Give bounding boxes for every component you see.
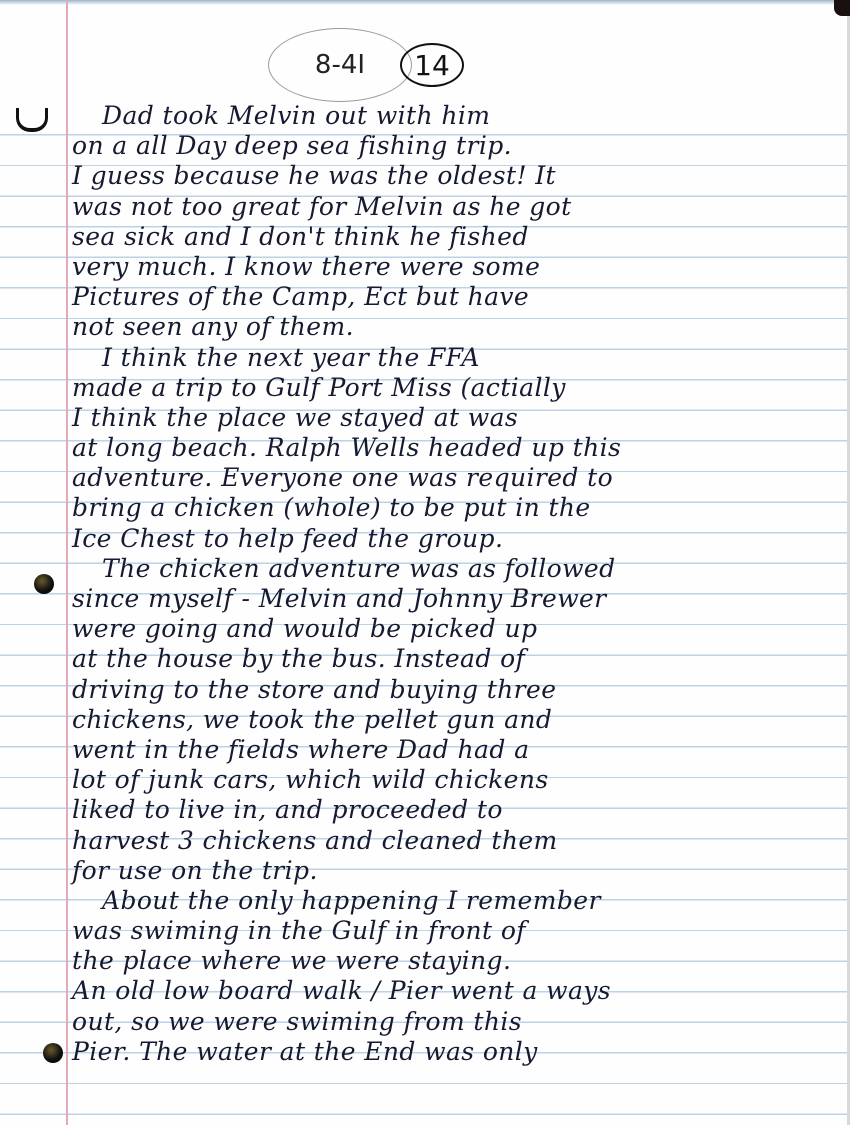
- corner-ink-mark: [834, 0, 850, 16]
- binder-hole-icon: [34, 574, 54, 594]
- check-mark-icon: [16, 108, 48, 132]
- text-line: Dad took Melvin out with him: [72, 101, 842, 131]
- text-line: I guess because he was the oldest! It: [72, 161, 842, 191]
- text-line: were going and would be picked up: [72, 614, 842, 644]
- text-line: Pictures of the Camp, Ect but have: [72, 282, 842, 312]
- page-number-text: 14: [414, 49, 450, 82]
- text-line: for use on the trip.: [72, 856, 842, 886]
- header-code-text: 8-4I: [315, 50, 365, 80]
- text-line: at long beach. Ralph Wells headed up thi…: [72, 433, 842, 463]
- text-line: lot of junk cars, which wild chickens: [72, 765, 842, 795]
- binder-hole-icon: [43, 1043, 63, 1063]
- text-line: driving to the store and buying three: [72, 675, 842, 705]
- text-line: sea sick and I don't think he fished: [72, 222, 842, 252]
- text-line: was swiming in the Gulf in front of: [72, 916, 842, 946]
- header-code: 8-4I: [268, 28, 412, 102]
- text-line: at the house by the bus. Instead of: [72, 644, 842, 674]
- margin-line: [66, 0, 68, 1125]
- text-line: Pier. The water at the End was only: [72, 1037, 842, 1067]
- text-line: adventure. Everyone one was required to: [72, 463, 842, 493]
- text-line: went in the fields where Dad had a: [72, 735, 842, 765]
- text-line: made a trip to Gulf Port Miss (actially: [72, 373, 842, 403]
- text-line: An old low board walk / Pier went a ways: [72, 976, 842, 1006]
- text-line: out, so we were swiming from this: [72, 1007, 842, 1037]
- text-line: The chicken adventure was as followed: [72, 554, 842, 584]
- text-line: liked to live in, and proceeded to: [72, 795, 842, 825]
- scan-edge-shadow: [0, 0, 850, 5]
- handwritten-text: Dad took Melvin out with himon a all Day…: [72, 101, 842, 1067]
- page-number: 14: [400, 43, 464, 87]
- text-line: the place where we were staying.: [72, 946, 842, 976]
- text-line: chickens, we took the pellet gun and: [72, 705, 842, 735]
- text-line: since myself - Melvin and Johnny Brewer: [72, 584, 842, 614]
- text-line: About the only happening I remember: [72, 886, 842, 916]
- text-line: not seen any of them.: [72, 312, 842, 342]
- notebook-page: 8-4I 14 Dad took Melvin out with himon a…: [0, 0, 850, 1125]
- text-line: very much. I know there were some: [72, 252, 842, 282]
- text-line: I think the place we stayed at was: [72, 403, 842, 433]
- text-line: was not too great for Melvin as he got: [72, 192, 842, 222]
- text-line: I think the next year the FFA: [72, 343, 842, 373]
- text-line: harvest 3 chickens and cleaned them: [72, 826, 842, 856]
- text-line: on a all Day deep sea fishing trip.: [72, 131, 842, 161]
- text-line: Ice Chest to help feed the group.: [72, 524, 842, 554]
- text-line: bring a chicken (whole) to be put in the: [72, 493, 842, 523]
